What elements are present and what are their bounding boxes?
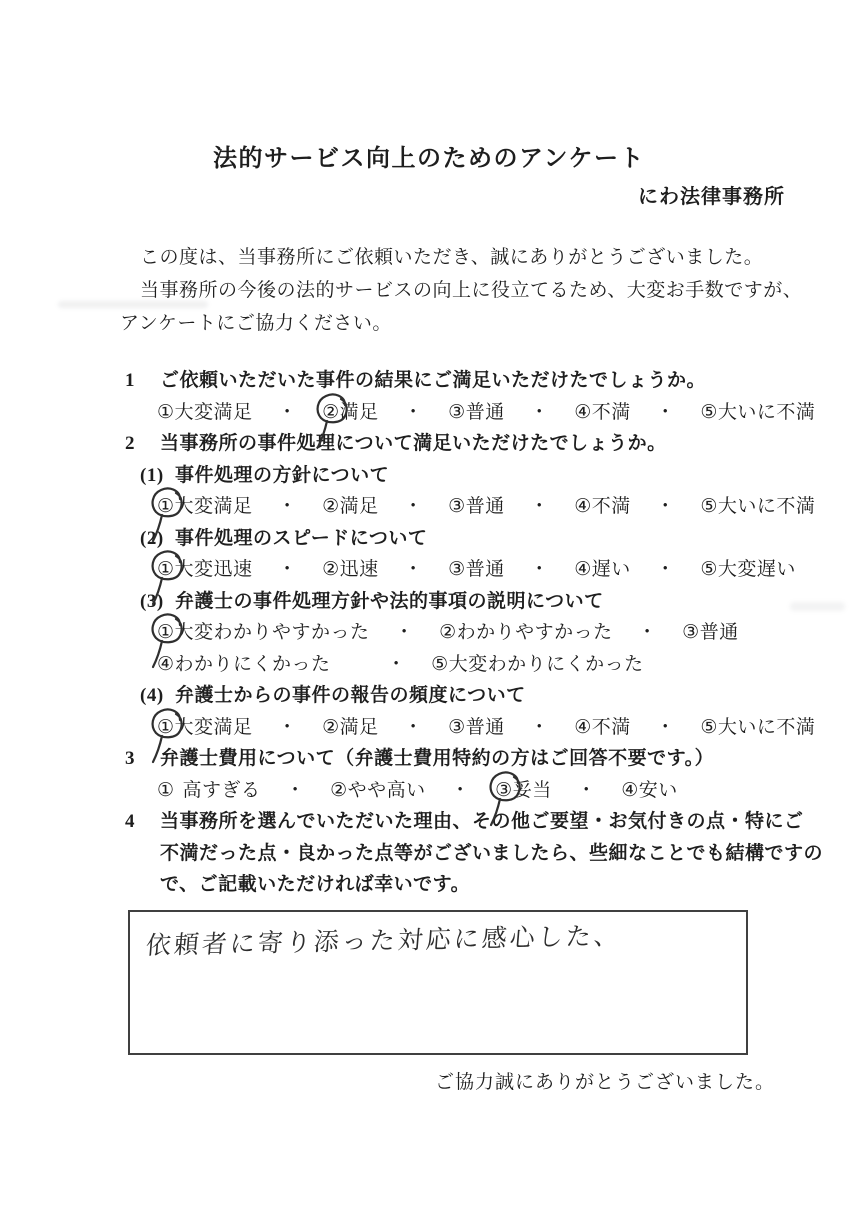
office-name: にわ法律事務所 — [0, 183, 858, 211]
question-number: 2 — [125, 428, 160, 460]
option-separator: ・ — [278, 491, 298, 523]
option-number: ③ — [448, 491, 466, 523]
option-separator: ・ — [656, 554, 676, 586]
option-label: 満足 — [340, 717, 379, 738]
question-2-1-options: ①大変満足・②満足・③普通・④不満・⑤大いに不満 — [0, 491, 858, 523]
option-number: ③ — [495, 775, 513, 807]
question-2-4-options: ①大変満足・②満足・③普通・④不満・⑤大いに不満 — [0, 712, 858, 744]
survey-page: 法的サービス向上のためのアンケート にわ法律事務所 この度は、当事務所にご依頼い… — [0, 0, 858, 1214]
option-separator: ・ — [278, 554, 298, 586]
question-3-options: ①高すぎる・②やや高い・③妥当・④安い — [0, 775, 858, 807]
option-separator: ・ — [286, 775, 306, 807]
question-2-2-heading: (2)事件処理のスピードについて — [0, 523, 858, 555]
option-label: 大いに不満 — [718, 717, 816, 738]
option-label: 不満 — [592, 402, 631, 423]
intro-line: 当事務所の今後の法的サービスの向上に役立てるため、大変お手数ですが、 — [120, 274, 803, 307]
option-separator: ・ — [530, 491, 550, 523]
question-4-heading-line1: 4当事務所を選んでいただいた理由、その他ご要望・お気付きの点・特にご — [0, 806, 858, 838]
answer-option: ⑤大変遅い — [700, 554, 796, 586]
answer-option: ②満足 — [322, 491, 379, 523]
answer-option: ③妥当 — [495, 775, 552, 807]
option-separator: ・ — [577, 775, 597, 807]
document-title: 法的サービス向上のためのアンケート — [0, 0, 858, 177]
option-number: ③ — [682, 617, 700, 649]
question-number: 3 — [125, 743, 160, 775]
question-text: 事件処理のスピードについて — [175, 523, 427, 555]
question-2-2-options: ①大変迅速・②迅速・③普通・④遅い・⑤大変遅い — [0, 554, 858, 586]
option-number: ⑤ — [431, 649, 449, 681]
option-label: 大変満足 — [175, 402, 253, 423]
option-label: 普通 — [700, 622, 739, 643]
question-2-4-heading: (4)弁護士からの事件の報告の頻度について — [0, 680, 858, 712]
option-separator: ・ — [278, 397, 298, 429]
answer-option: ②満足 — [322, 712, 379, 744]
option-label: 満足 — [340, 402, 379, 423]
option-label: 不満 — [592, 717, 631, 738]
answer-option: ①大変満足 — [157, 397, 253, 429]
answer-option: ③普通 — [682, 617, 739, 649]
answer-option: ⑤大変わかりにくかった — [431, 649, 644, 681]
answer-option: ④不満 — [574, 397, 631, 429]
question-2-3-heading: (3)弁護士の事件処理方針や法的事項の説明について — [0, 586, 858, 618]
option-label: 迅速 — [340, 559, 379, 580]
question-text: 弁護士からの事件の報告の頻度について — [175, 680, 526, 712]
option-separator: ・ — [656, 491, 676, 523]
option-label: 妥当 — [513, 780, 552, 801]
answer-option: ④わかりにくかった — [157, 649, 331, 681]
option-label: 高すぎる — [183, 780, 261, 801]
option-label: やや高い — [348, 780, 426, 801]
question-text: 当事務所を選んでいただいた理由、その他ご要望・お気付きの点・特にご — [160, 806, 804, 838]
option-number: ④ — [574, 397, 592, 429]
answer-option: ①大変迅速 — [157, 554, 253, 586]
closing-thanks: ご協力誠にありがとうございました。 — [0, 1068, 858, 1098]
option-number: ③ — [448, 712, 466, 744]
option-separator: ・ — [656, 712, 676, 744]
question-4-heading-line2: 不満だった点・良かった点等がございましたら、些細なことでも結構ですの — [0, 838, 858, 870]
intro-line: アンケートにご協力ください。 — [120, 307, 803, 340]
option-number: ⑤ — [700, 491, 718, 523]
answer-option: ⑤大いに不満 — [700, 397, 815, 429]
option-separator: ・ — [387, 649, 407, 681]
question-number: 1 — [125, 365, 160, 397]
option-number: ① — [157, 491, 175, 523]
option-label: 大変わかりにくかった — [449, 654, 644, 675]
comment-box: 依頼者に寄り添った対応に感心した、 — [128, 910, 748, 1055]
option-number: ④ — [574, 554, 592, 586]
question-2-1-heading: (1)事件処理の方針について — [0, 460, 858, 492]
option-number: ② — [322, 554, 340, 586]
option-label: 安い — [639, 780, 678, 801]
question-number: (3) — [140, 586, 175, 618]
option-label: わかりにくかった — [175, 654, 331, 675]
option-label: 普通 — [466, 559, 505, 580]
answer-option: ①大変満足 — [157, 491, 253, 523]
option-label: 大いに不満 — [718, 402, 816, 423]
option-number: ⑤ — [700, 397, 718, 429]
option-separator: ・ — [404, 491, 424, 523]
option-number: ④ — [574, 712, 592, 744]
option-number: ③ — [448, 554, 466, 586]
answer-option: ⑤大いに不満 — [700, 491, 815, 523]
option-number: ① — [157, 617, 175, 649]
answer-option: ④不満 — [574, 712, 631, 744]
answer-option: ②満足 — [322, 397, 379, 429]
option-label: 不満 — [592, 496, 631, 517]
question-3-heading: 3弁護士費用について（弁護士費用特約の方はご回答不要です。） — [0, 743, 858, 775]
option-label: 大変満足 — [175, 717, 253, 738]
answer-option: ④不満 — [574, 491, 631, 523]
answer-option: ③普通 — [448, 554, 505, 586]
answer-option: ③普通 — [448, 491, 505, 523]
option-label: 満足 — [340, 496, 379, 517]
option-label: 大いに不満 — [718, 496, 816, 517]
intro-paragraph: この度は、当事務所にご依頼いただき、誠にありがとうございました。 当事務所の今後… — [0, 241, 858, 340]
option-number: ④ — [621, 775, 639, 807]
option-label: 大変満足 — [175, 496, 253, 517]
option-label: 大変迅速 — [175, 559, 253, 580]
intro-line: この度は、当事務所にご依頼いただき、誠にありがとうございました。 — [120, 241, 803, 274]
option-separator: ・ — [404, 554, 424, 586]
option-separator: ・ — [530, 397, 550, 429]
question-text: 弁護士の事件処理方針や法的事項の説明について — [175, 586, 604, 618]
option-number: ⑤ — [700, 554, 718, 586]
option-label: 普通 — [466, 717, 505, 738]
option-label: 大変わかりやすかった — [175, 622, 370, 643]
answer-option: ①大変満足 — [157, 712, 253, 744]
option-number: ④ — [157, 649, 175, 681]
answer-option: ④安い — [621, 775, 678, 807]
option-number: ② — [322, 397, 340, 429]
option-separator: ・ — [638, 617, 658, 649]
answer-option: ⑤大いに不満 — [700, 712, 815, 744]
question-number: (2) — [140, 523, 175, 555]
option-number: ③ — [448, 397, 466, 429]
question-number: 4 — [125, 806, 160, 838]
answer-option: ②やや高い — [330, 775, 426, 807]
option-number: ① — [157, 554, 175, 586]
option-label: 普通 — [466, 496, 505, 517]
question-text: ご依頼いただいた事件の結果にご満足いただけたでしょうか。 — [160, 365, 706, 397]
questionnaire-body: 1ご依頼いただいた事件の結果にご満足いただけたでしょうか。 ①大変満足・②満足・… — [0, 365, 858, 901]
option-separator: ・ — [278, 712, 298, 744]
option-number: ④ — [574, 491, 592, 523]
answer-option: ③普通 — [448, 397, 505, 429]
option-number: ② — [330, 775, 348, 807]
question-1-heading: 1ご依頼いただいた事件の結果にご満足いただけたでしょうか。 — [0, 365, 858, 397]
option-separator: ・ — [530, 554, 550, 586]
option-separator: ・ — [451, 775, 471, 807]
option-number: ① — [157, 775, 175, 807]
question-1-options: ①大変満足・②満足・③普通・④不満・⑤大いに不満 — [0, 397, 858, 429]
answer-option: ③普通 — [448, 712, 505, 744]
option-separator: ・ — [404, 397, 424, 429]
question-text: 当事務所の事件処理について満足いただけたでしょうか。 — [160, 428, 667, 460]
question-2-heading: 2当事務所の事件処理について満足いただけたでしょうか。 — [0, 428, 858, 460]
option-number: ① — [157, 397, 175, 429]
answer-option: ①大変わかりやすかった — [157, 617, 370, 649]
option-number: ① — [157, 712, 175, 744]
option-label: 大変遅い — [718, 559, 796, 580]
option-separator: ・ — [404, 712, 424, 744]
option-number: ② — [439, 617, 457, 649]
question-text: 事件処理の方針について — [175, 460, 389, 492]
question-text: 弁護士費用について（弁護士費用特約の方はご回答不要です。） — [160, 743, 714, 775]
option-separator: ・ — [395, 617, 415, 649]
option-separator: ・ — [530, 712, 550, 744]
handwritten-comment: 依頼者に寄り添った対応に感心した、 — [145, 915, 624, 961]
question-number: (1) — [140, 460, 175, 492]
option-label: わかりやすかった — [457, 622, 613, 643]
option-separator: ・ — [656, 397, 676, 429]
answer-option: ①高すぎる — [157, 775, 261, 807]
option-label: 遅い — [592, 559, 631, 580]
question-4-heading-line3: で、ご記載いただければ幸いです。 — [0, 869, 858, 901]
answer-option: ②迅速 — [322, 554, 379, 586]
option-number: ② — [322, 491, 340, 523]
question-number: (4) — [140, 680, 175, 712]
answer-option: ②わかりやすかった — [439, 617, 613, 649]
option-label: 普通 — [466, 402, 505, 423]
option-number: ⑤ — [700, 712, 718, 744]
question-2-3-options-line2: ④わかりにくかった・⑤大変わかりにくかった — [0, 649, 858, 681]
answer-option: ④遅い — [574, 554, 631, 586]
question-2-3-options-line1: ①大変わかりやすかった・②わかりやすかった・③普通 — [0, 617, 858, 649]
option-number: ② — [322, 712, 340, 744]
